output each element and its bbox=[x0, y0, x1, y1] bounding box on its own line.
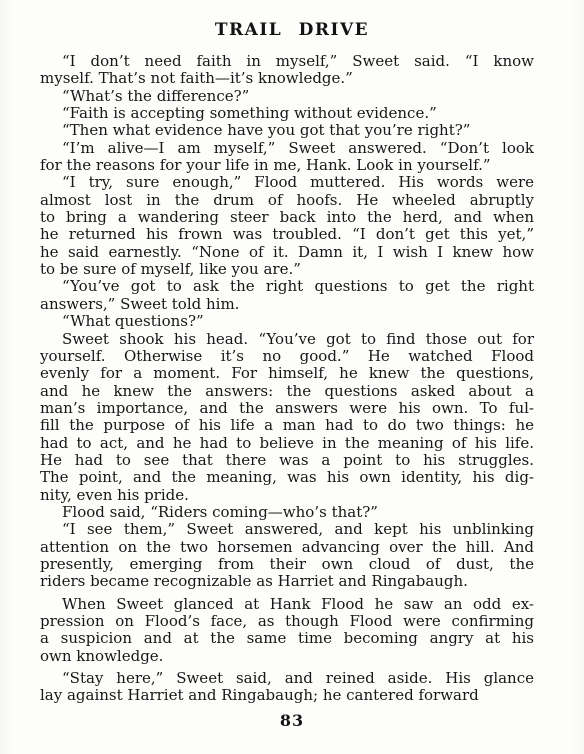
paragraph: “I try, sure enough,” Flood muttered. Hi… bbox=[40, 174, 534, 278]
text-line: “I’m alive—I am myself,” Sweet answered.… bbox=[40, 140, 534, 157]
page-number: 83 bbox=[0, 711, 584, 730]
paragraph: “I’m alive—I am myself,” Sweet answered.… bbox=[40, 140, 534, 175]
text-line: nity, even his pride. bbox=[40, 487, 534, 504]
paragraph: “I see them,” Sweet answered, and kept h… bbox=[40, 521, 534, 590]
text-line: “Stay here,” Sweet said, and reined asid… bbox=[40, 670, 534, 687]
text-line: answers,” Sweet told him. bbox=[40, 296, 534, 313]
text-line: he said earnestly. “None of it. Damn it,… bbox=[40, 244, 534, 261]
text-line: “Faith is accepting something without ev… bbox=[40, 105, 534, 122]
text-line: yourself. Otherwise it’s no good.” He wa… bbox=[40, 348, 534, 365]
text-line: Sweet shook his head. “You’ve got to fin… bbox=[40, 331, 534, 348]
text-line: He had to see that there was a point to … bbox=[40, 452, 534, 469]
text-line: attention on the two horsemen advancing … bbox=[40, 539, 534, 556]
running-header: TRAIL DRIVE bbox=[0, 20, 584, 40]
text-line: When Sweet glanced at Hank Flood he saw … bbox=[40, 596, 534, 613]
text-line: to be sure of myself, like you are.” bbox=[40, 261, 534, 278]
text-line: fill the purpose of his life a man had t… bbox=[40, 417, 534, 434]
text-line: he returned his frown was troubled. “I d… bbox=[40, 226, 534, 243]
text-line: had to act, and he had to believe in the… bbox=[40, 435, 534, 452]
text-line: and he knew the answers: the questions a… bbox=[40, 383, 534, 400]
text-line: lay against Harriet and Ringabaugh; he c… bbox=[40, 687, 534, 704]
paragraph: When Sweet glanced at Hank Flood he saw … bbox=[40, 596, 534, 665]
text-line: evenly for a moment. For himself, he kne… bbox=[40, 365, 534, 382]
paragraph: “Faith is accepting something without ev… bbox=[40, 105, 534, 122]
text-line: “Then what evidence have you got that yo… bbox=[40, 122, 534, 139]
text-line: “You’ve got to ask the right questions t… bbox=[40, 278, 534, 295]
paragraph: “You’ve got to ask the right questions t… bbox=[40, 278, 534, 313]
text-line: “I see them,” Sweet answered, and kept h… bbox=[40, 521, 534, 538]
paragraph: “Then what evidence have you got that yo… bbox=[40, 122, 534, 139]
text-line: riders became recognizable as Harriet an… bbox=[40, 573, 534, 590]
text-line: “I don’t need faith in myself,” Sweet sa… bbox=[40, 53, 534, 70]
text-line: “What’s the difference?” bbox=[40, 88, 534, 105]
text-line: to bring a wandering steer back into the… bbox=[40, 209, 534, 226]
text-line: own knowledge. bbox=[40, 648, 534, 665]
text-line: Flood said, “Riders coming—who’s that?” bbox=[40, 504, 534, 521]
text-line: man’s importance, and the answers were h… bbox=[40, 400, 534, 417]
text-line: myself. That’s not faith—it’s knowledge.… bbox=[40, 70, 534, 87]
paragraph: Sweet shook his head. “You’ve got to fin… bbox=[40, 331, 534, 504]
text-line: “What questions?” bbox=[40, 313, 534, 330]
paragraph: “Stay here,” Sweet said, and reined asid… bbox=[40, 670, 534, 705]
text-line: almost lost in the drum of hoofs. He whe… bbox=[40, 192, 534, 209]
text-line: “I try, sure enough,” Flood muttered. Hi… bbox=[40, 174, 534, 191]
body-text: “I don’t need faith in myself,” Sweet sa… bbox=[40, 53, 534, 705]
text-line: pression on Flood’s face, as though Floo… bbox=[40, 613, 534, 630]
text-line: The point, and the meaning, was his own … bbox=[40, 469, 534, 486]
text-line: a suspicion and at the same time becomin… bbox=[40, 630, 534, 647]
text-line: presently, emerging from their own cloud… bbox=[40, 556, 534, 573]
text-line: for the reasons for your life in me, Han… bbox=[40, 157, 534, 174]
paragraph: “I don’t need faith in myself,” Sweet sa… bbox=[40, 53, 534, 88]
paragraph: Flood said, “Riders coming—who’s that?” bbox=[40, 504, 534, 521]
book-page: TRAIL DRIVE “I don’t need faith in mysel… bbox=[0, 0, 584, 754]
paragraph: “What questions?” bbox=[40, 313, 534, 330]
paragraph: “What’s the difference?” bbox=[40, 88, 534, 105]
